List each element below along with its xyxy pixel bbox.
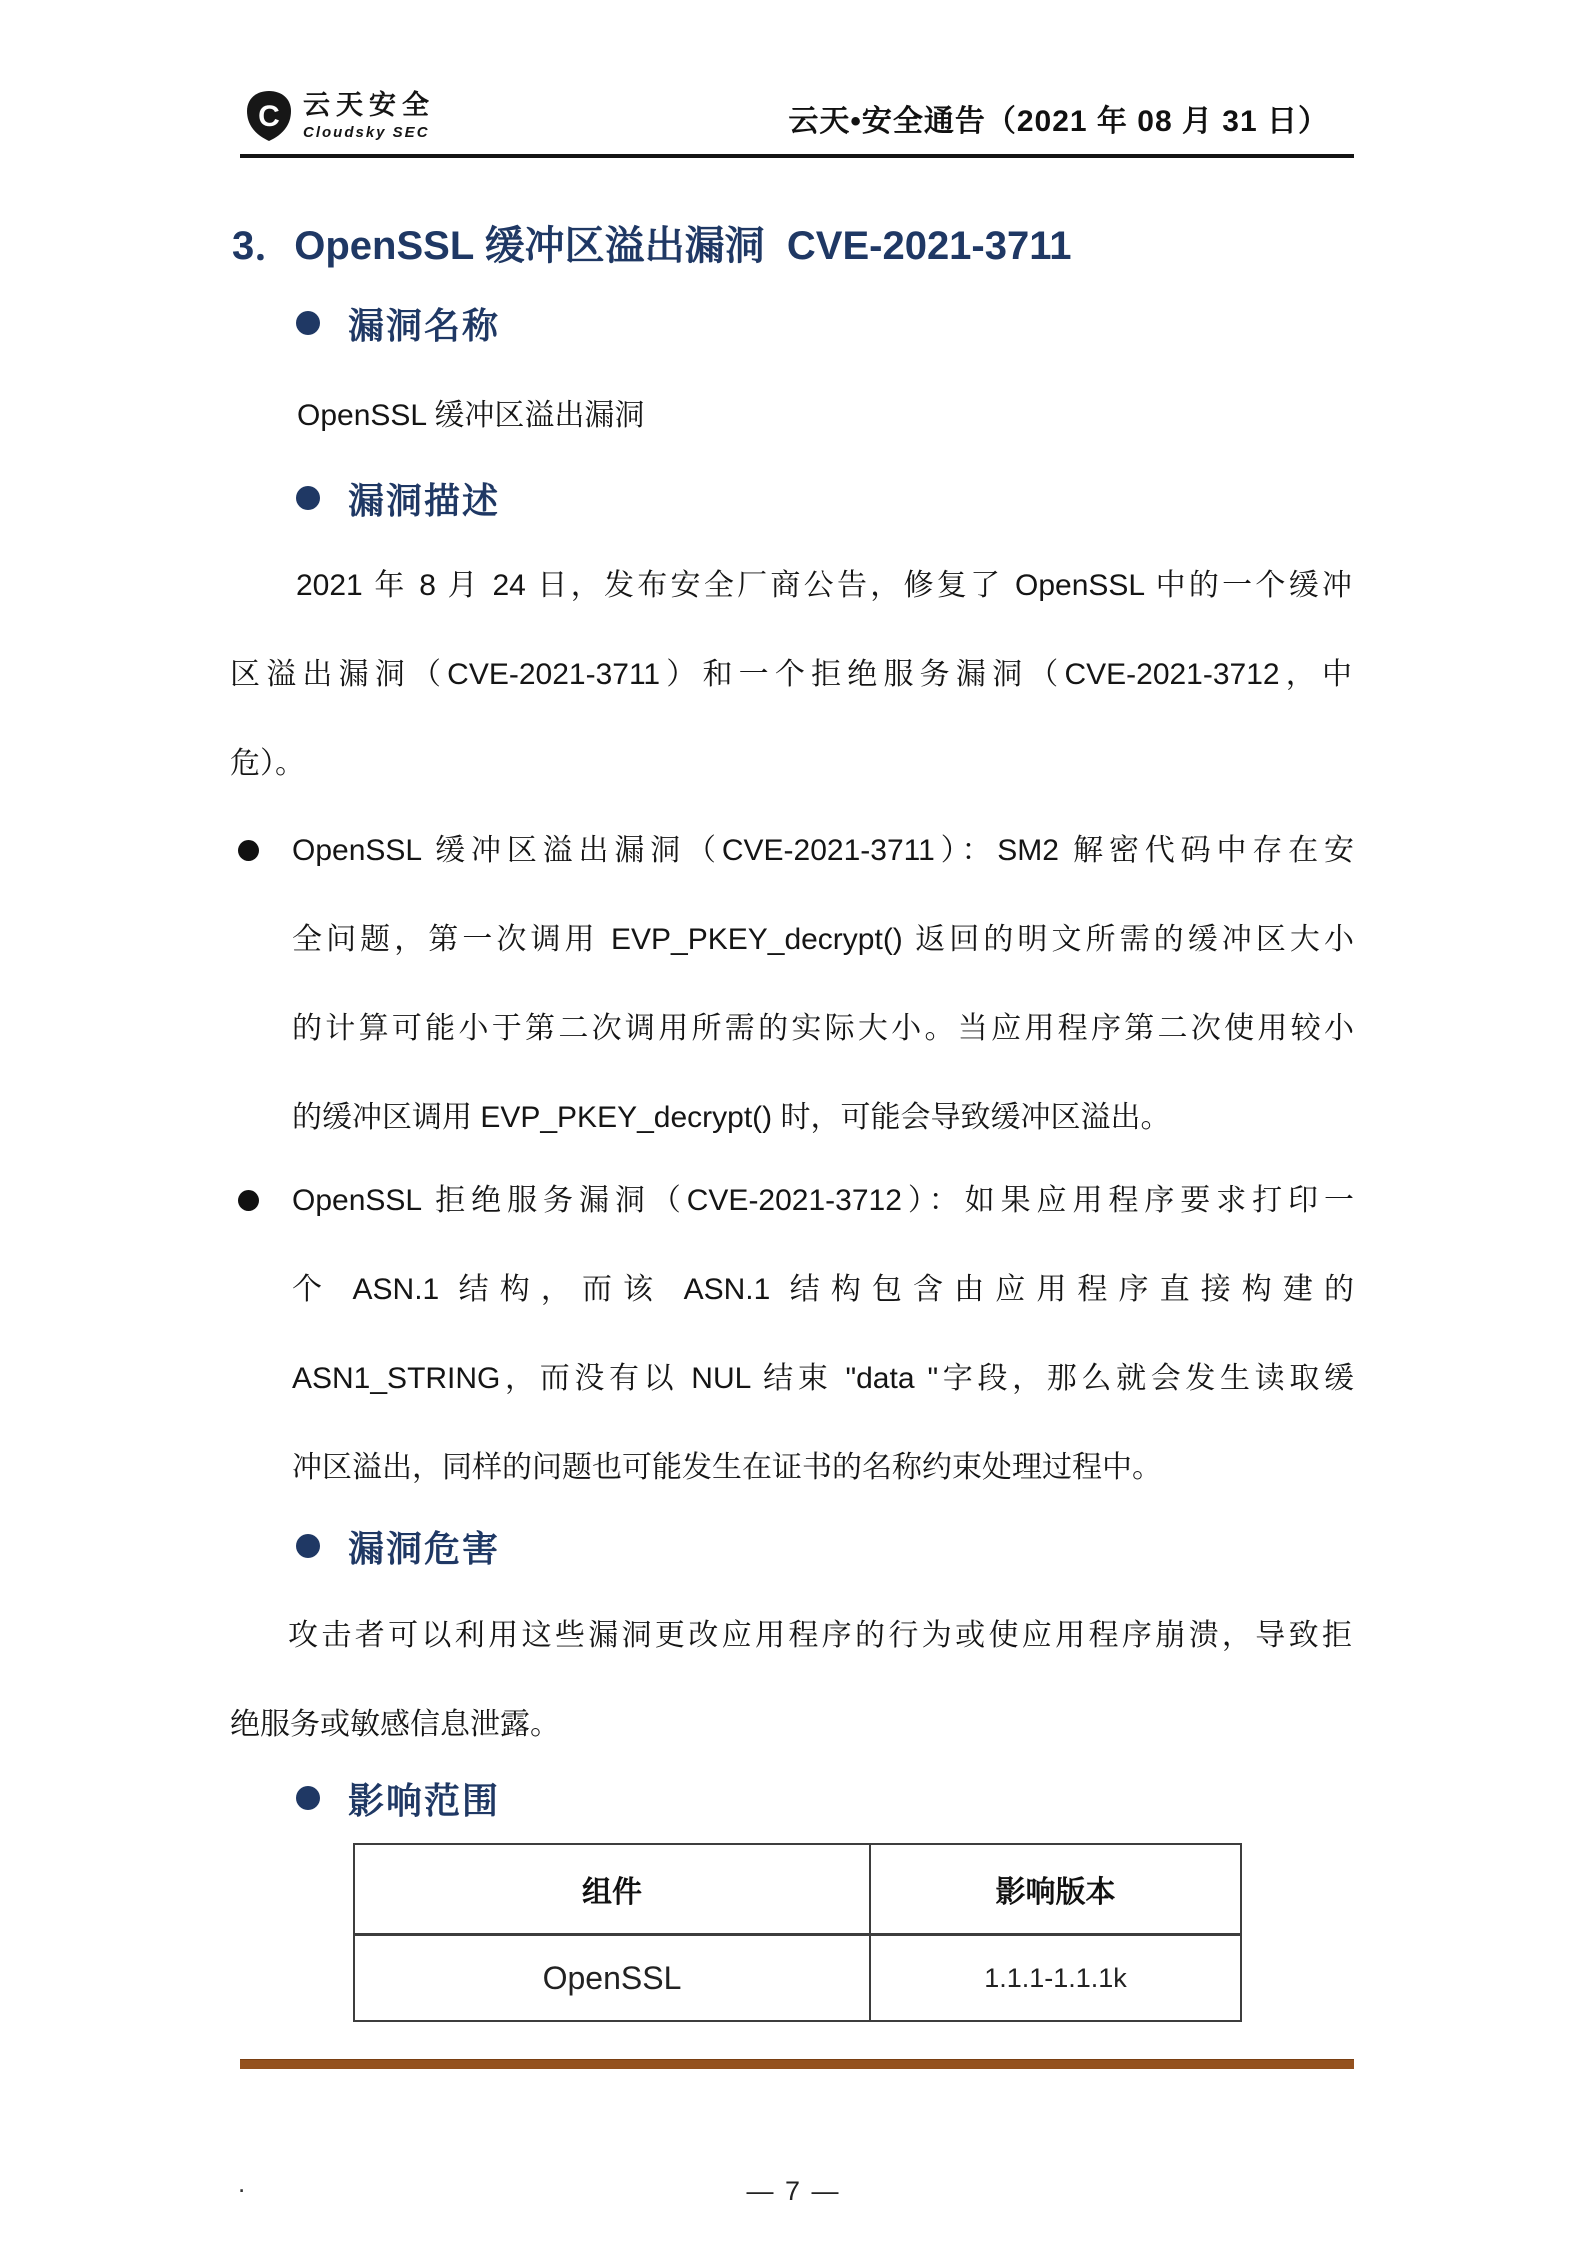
table-row: OpenSSL 1.1.1-1.1.1k xyxy=(354,1935,1241,2022)
list-item: OpenSSL 拒绝服务漏洞（CVE-2021-3712）：如果应用程序要求打印… xyxy=(230,1156,1354,1512)
paragraph-line: 的计算可能小于第二次调用所需的实际大小。当应用程序第二次使用较小 xyxy=(292,984,1354,1073)
header-title: 云天•安全通告（2021 年 08 月 31 日） xyxy=(788,96,1329,140)
vuln-name-text: OpenSSL 缓冲区溢出漏洞 xyxy=(297,371,1419,460)
section-heading-vuln-name: 漏洞名称 xyxy=(296,298,500,348)
heading-bullet-icon xyxy=(296,311,320,335)
paragraph-line: OpenSSL 拒绝服务漏洞（CVE-2021-3712）：如果应用程序要求打印… xyxy=(292,1156,1354,1245)
paragraph-line: 绝服务或敏感信息泄露。 xyxy=(230,1680,1352,1769)
list-item: OpenSSL 缓冲区溢出漏洞（CVE-2021-3711）：SM2 解密代码中… xyxy=(230,806,1354,1162)
list-bullet-icon xyxy=(238,1190,259,1211)
paragraph-line: 攻击者可以利用这些漏洞更改应用程序的行为或使应用程序崩溃，导致拒 xyxy=(230,1591,1352,1680)
description-paragraph: 2021 年 8 月 24 日，发布安全厂商公告，修复了 OpenSSL 中的一… xyxy=(230,541,1352,808)
heading-label: 漏洞描述 xyxy=(348,473,500,524)
section-heading-vuln-harm: 漏洞危害 xyxy=(296,1521,500,1571)
paragraph-line: 个 ASN.1 结构，而该 ASN.1 结构包含由应用程序直接构建的 xyxy=(292,1245,1354,1334)
table-cell-component: OpenSSL xyxy=(354,1935,870,2022)
paragraph-line: OpenSSL 缓冲区溢出漏洞（CVE-2021-3711）：SM2 解密代码中… xyxy=(292,806,1354,895)
section-heading-impact-scope: 影响范围 xyxy=(296,1773,500,1823)
header-rule xyxy=(240,154,1354,158)
logo-name-cn: 云天安全 xyxy=(303,92,435,119)
heading-label: 漏洞危害 xyxy=(348,1521,500,1572)
logo-name-en: Cloudsky SEC xyxy=(303,125,435,140)
paragraph-line: 全问题，第一次调用 EVP_PKEY_decrypt() 返回的明文所需的缓冲区… xyxy=(292,895,1354,984)
logo-text: 云天安全 Cloudsky SEC xyxy=(303,92,435,140)
list-bullet-icon xyxy=(238,840,259,861)
heading-bullet-icon xyxy=(296,486,320,510)
document-page: C 云天安全 Cloudsky SEC 云天•安全通告（2021 年 08 月 … xyxy=(0,0,1587,2245)
harm-paragraph: 攻击者可以利用这些漏洞更改应用程序的行为或使应用程序崩溃，导致拒 绝服务或敏感信… xyxy=(230,1591,1352,1769)
paragraph-line: 危）。 xyxy=(230,719,1352,808)
table-header-component: 组件 xyxy=(354,1844,870,1935)
heading-bullet-icon xyxy=(296,1786,320,1810)
heading-label: 影响范围 xyxy=(348,1773,500,1824)
header-logo: C 云天安全 Cloudsky SEC xyxy=(245,90,435,142)
heading-label: 漏洞名称 xyxy=(348,298,500,349)
paragraph-line: OpenSSL 缓冲区溢出漏洞 xyxy=(297,371,1419,460)
svg-text:C: C xyxy=(258,100,280,133)
table-header-row: 组件 影响版本 xyxy=(354,1844,1241,1935)
footer-rule xyxy=(240,2059,1354,2069)
impact-table: 组件 影响版本 OpenSSL 1.1.1-1.1.1k xyxy=(353,1843,1242,2022)
table-header-version: 影响版本 xyxy=(870,1844,1241,1935)
paragraph-line: ASN1_STRING，而没有以 NUL 结束 "data "字段，那么就会发生… xyxy=(292,1334,1354,1423)
heading-bullet-icon xyxy=(296,1534,320,1558)
page-number: — 7 — xyxy=(0,2176,1587,2207)
paragraph-line: 区溢出漏洞（CVE-2021-3711）和一个拒绝服务漏洞（CVE-2021-3… xyxy=(230,630,1352,719)
table-cell-version: 1.1.1-1.1.1k xyxy=(870,1935,1241,2022)
section-heading-vuln-desc: 漏洞描述 xyxy=(296,473,500,523)
paragraph-line: 的缓冲区调用 EVP_PKEY_decrypt() 时，可能会导致缓冲区溢出。 xyxy=(292,1073,1354,1162)
section-title: 3．OpenSSL 缓冲区溢出漏洞 CVE-2021-3711 xyxy=(232,214,1072,271)
shield-logo-icon: C xyxy=(245,90,293,142)
paragraph-line: 冲区溢出，同样的问题也可能发生在证书的名称约束处理过程中。 xyxy=(292,1423,1354,1512)
paragraph-line: 2021 年 8 月 24 日，发布安全厂商公告，修复了 OpenSSL 中的一… xyxy=(230,541,1352,630)
